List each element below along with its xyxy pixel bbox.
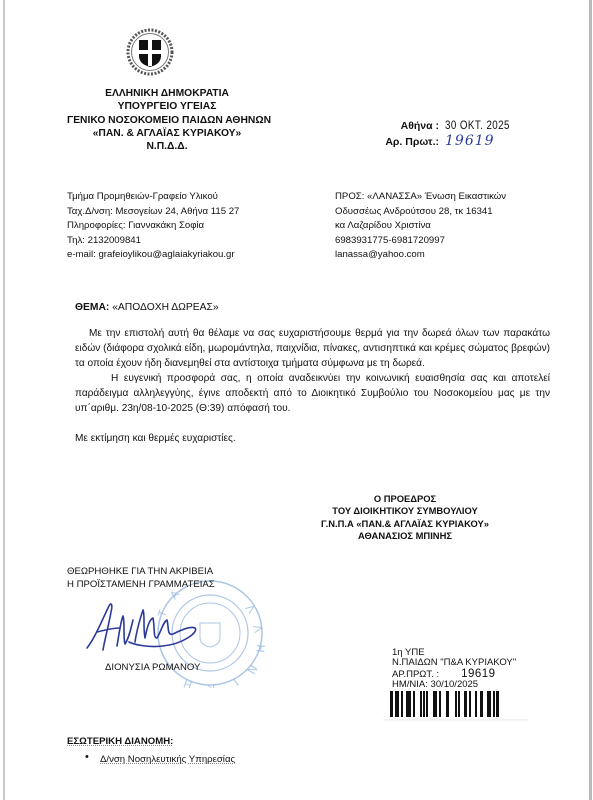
sticker-hospital: Ν.ΠΑΙΔΩΝ "Π&Α ΚΥΡΙΑΚΟΥ"	[392, 658, 516, 668]
header-line: Ν.Π.Δ.Δ.	[67, 140, 267, 153]
sender-info: Τμήμα Προμηθειών-Γραφείο Υλικού Ταχ.Δ/νσ…	[67, 190, 239, 263]
body-paragraph: Η ευγενική προσφορά σας, η οποία αναδεικ…	[75, 371, 550, 416]
closing-line: Με εκτίμηση και θερμές ευχαριστίες.	[75, 431, 550, 446]
recipient-contact-person: κα Λαζαρίδου Χριστίνα	[335, 219, 506, 234]
handwritten-signature-icon	[83, 598, 203, 658]
recipient-info: ΠΡΟΣ: «ΛΑΝΑΣΣΑ» Ένωση Εικαστικών Οδυσσέω…	[335, 190, 506, 263]
internal-distribution-title: ΕΣΩΤΕΡΙΚΗ ΔΙΑΝΟΜΗ:	[67, 736, 173, 747]
sender-contact-person: Πληροφορίες: Γιαννακάκη Σοφία	[67, 219, 239, 234]
sticker-date: 30/10/2025	[431, 679, 479, 690]
signatory-line: ΤΟΥ ΔΙΟΙΚΗΤΙΚΟΥ ΣΥΜΒΟΥΛΙΟΥ	[295, 505, 515, 517]
recipient-name: ΠΡΟΣ: «ΛΑΝΑΣΣΑ» Ένωση Εικαστικών	[335, 190, 506, 205]
certification-block: ΘΕΩΡΗΘΗΚΕ ΓΙΑ ΤΗΝ ΑΚΡΙΒΕΙΑ Η ΠΡΟΪΣΤΑΜΕΝΗ…	[67, 565, 215, 592]
barcode-icon	[390, 691, 524, 717]
recipient-email: lanassa@yahoo.com	[335, 248, 506, 263]
header-line: ΓΕΝΙΚΟ ΝΟΣΟΚΟΜΕΙΟ ΠΑΙΔΩΝ ΑΘΗΝΩΝ	[67, 114, 267, 127]
subject-line: ΘΕΜΑ: «ΑΠΟΔΟΧΗ ΔΩΡΕΑΣ»	[75, 302, 219, 313]
protocol-number-handwritten: 19619	[445, 133, 495, 149]
header-line: ΥΠΟΥΡΓΕΙΟ ΥΓΕΙΑΣ	[67, 100, 267, 113]
svg-text:Ν: Ν	[244, 663, 259, 677]
letter-page: ΕΛΛΗΝΙΚΗ ΔΗΜΟΚΡΑΤΙΑ ΥΠΟΥΡΓΕΙΟ ΥΓΕΙΑΣ ΓΕΝ…	[3, 0, 592, 800]
protocol-sticker: 1η ΥΠΕ Ν.ΠΑΙΔΩΝ "Π&Α ΚΥΡΙΑΚΟΥ" ΑΡ.ΠΡΩΤ. …	[392, 648, 516, 690]
date-stamp: 30 ΟΚΤ. 2025	[445, 119, 510, 134]
sender-department: Τμήμα Προμηθειών-Γραφείο Υλικού	[67, 190, 239, 205]
svg-text:Η: Η	[253, 644, 265, 653]
svg-text:Λ: Λ	[243, 602, 258, 616]
signatory-line: Γ.Ν.Π.Α «ΠΑΝ.& ΑΓΛΑΪΑΣ ΚΥΡΙΑΚΟΥ»	[295, 518, 515, 530]
sticker-protocol-number: 19619	[461, 668, 495, 680]
certification-line: ΘΕΩΡΗΘΗΚΕ ΓΙΑ ΤΗΝ ΑΚΡΙΒΕΙΑ	[67, 565, 215, 578]
header-line: ΕΛΛΗΝΙΚΗ ΔΗΜΟΚΡΑΤΙΑ	[67, 87, 267, 100]
subject-value: «ΑΠΟΔΟΧΗ ΔΩΡΕΑΣ»	[112, 302, 218, 313]
sender-email: e-mail: grafeioylikou@aglaiakyriakou.gr	[67, 248, 239, 263]
sender-phone: Τηλ: 2132009841	[67, 234, 239, 249]
date-protocol-block: Αθήνα :30 ΟΚΤ. 2025 Αρ. Πρωτ.:19619	[373, 119, 521, 150]
date-label: Αθήνα :	[373, 119, 439, 134]
distribution-item: Δ/νση Νοσηλευτικής Υπηρεσίας	[100, 754, 235, 765]
sender-address: Ταχ.Δ/νση: Μεσογείων 24, Αθήνα 115 27	[67, 205, 239, 220]
protocol-label: Αρ. Πρωτ.:	[373, 135, 439, 150]
signatory-name: ΑΘΑΝΑΣΙΟΣ ΜΠΙΝΗΣ	[295, 530, 515, 542]
header-line: «ΠΑΝ. & ΑΓΛΑΪΑΣ ΚΥΡΙΑΚΟΥ»	[67, 127, 267, 140]
certification-line: Η ΠΡΟΪΣΤΑΜΕΝΗ ΓΡΑΜΜΑΤΕΙΑΣ	[67, 578, 215, 591]
certifier-name: ΔΙΟΝΥΣΙΑ ΡΩΜΑΝΟΥ	[105, 662, 200, 673]
recipient-phone: 6983931775-6981720997	[335, 234, 506, 249]
svg-text:Κ: Κ	[207, 682, 216, 688]
signatory-block: Ο ΠΡΟΕΔΡΟΣ ΤΟΥ ΔΙΟΙΚΗΤΙΚΟΥ ΣΥΜΒΟΥΛΙΟΥ Γ.…	[295, 493, 515, 543]
subject-label: ΘΕΜΑ:	[75, 302, 109, 313]
organization-header: ΕΛΛΗΝΙΚΗ ΔΗΜΟΚΡΑΤΙΑ ΥΠΟΥΡΓΕΙΟ ΥΓΕΙΑΣ ΓΕΝ…	[67, 87, 267, 153]
sticker-edge	[383, 719, 528, 722]
signatory-line: Ο ΠΡΟΕΔΡΟΣ	[295, 493, 515, 505]
greek-coat-of-arms-icon	[125, 27, 175, 77]
bullet-icon: •	[85, 751, 89, 763]
svg-text:Ι: Ι	[231, 676, 241, 688]
sticker-date-label: ΗΜ/ΝΙΑ:	[392, 679, 428, 690]
body-paragraph: Με την επιστολή αυτή θα θέλαμε να σας ευ…	[75, 326, 550, 371]
letter-body: Με την επιστολή αυτή θα θέλαμε να σας ευ…	[75, 326, 550, 446]
recipient-address: Οδυσσέως Ανδρούτσου 28, τκ 16341	[335, 205, 506, 220]
